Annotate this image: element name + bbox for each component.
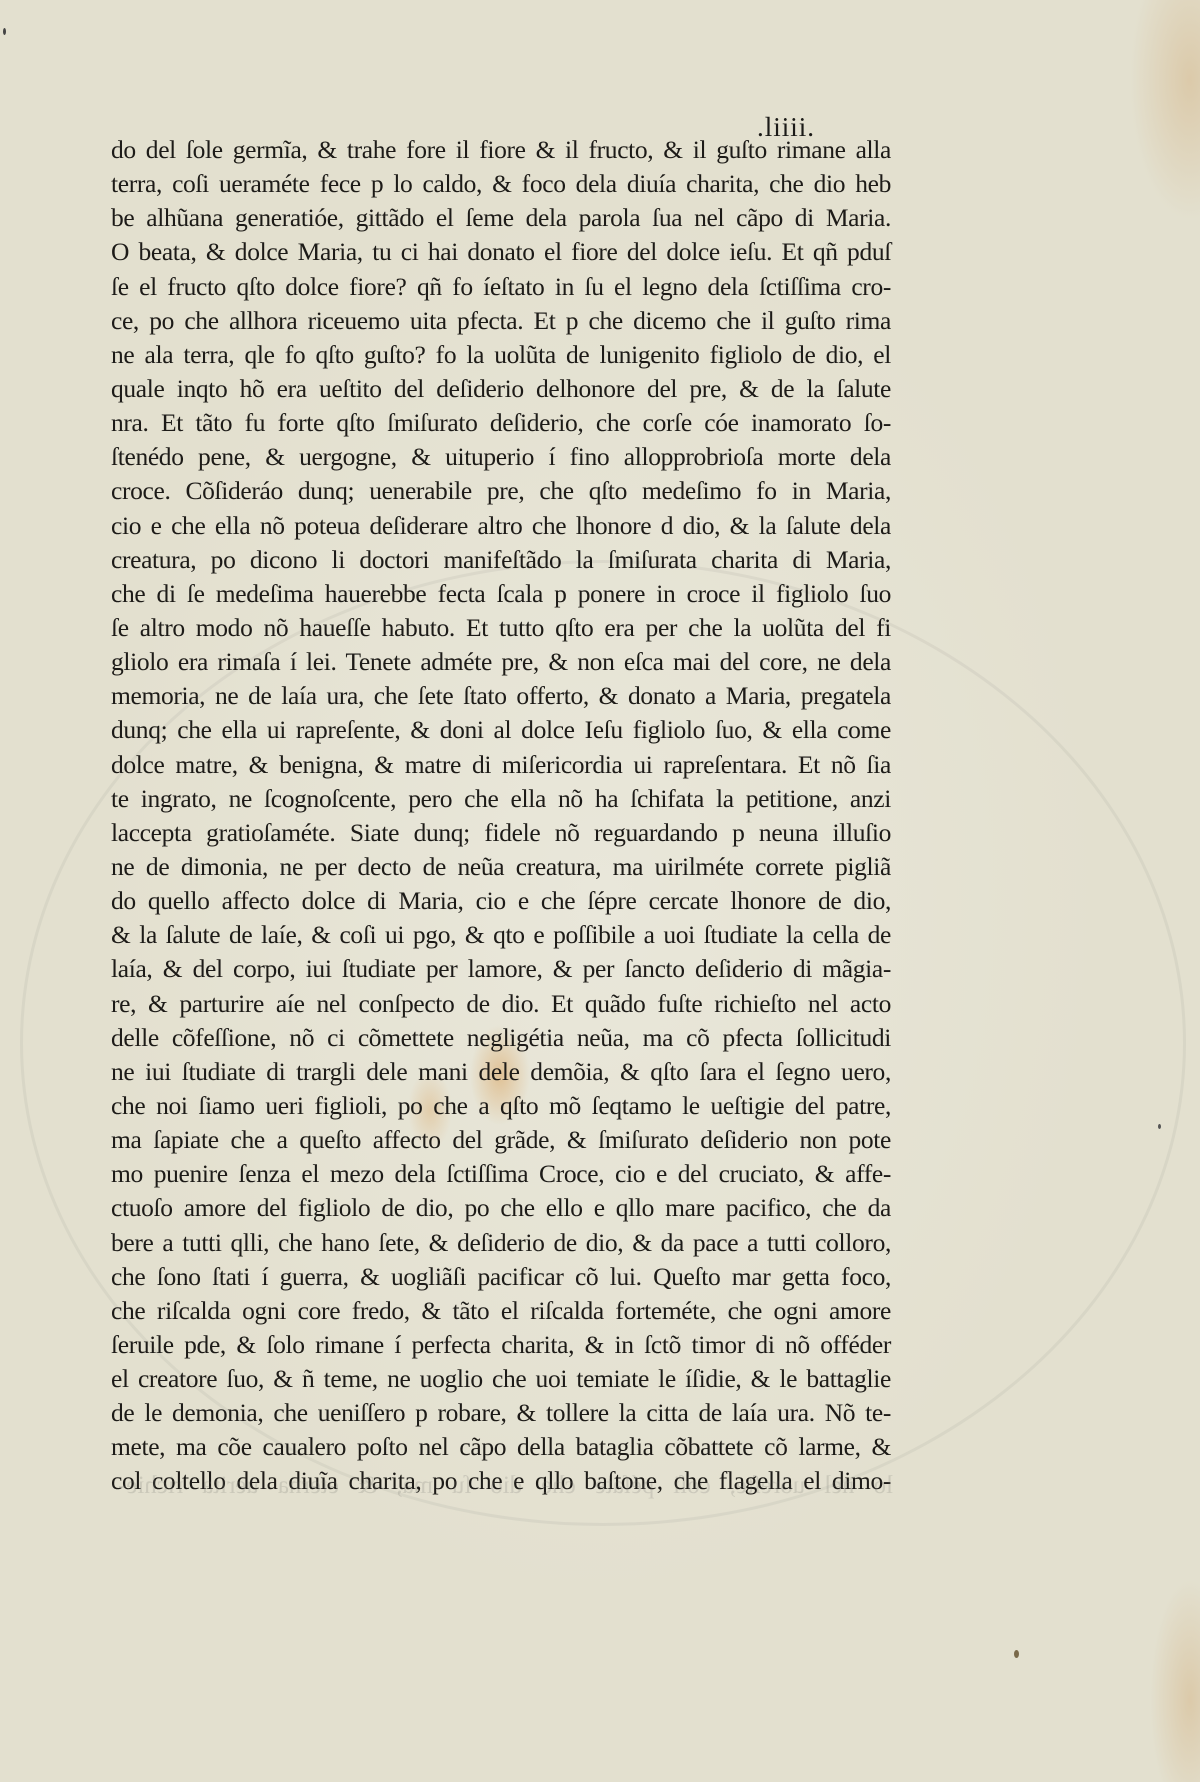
- text-line: de le demonia, che ueniſſero p robare, &…: [111, 1396, 891, 1430]
- text-line: delle cõfeſſione, nõ ci cõmettete neglig…: [111, 1021, 891, 1055]
- text-line: ſeruile pde, & ſolo rimane í perfecta ch…: [111, 1328, 891, 1362]
- text-line: memoria, ne de laía ura, che ſete ſtato …: [111, 679, 891, 713]
- text-line: ne iui ſtudiate di trargli dele mani del…: [111, 1055, 891, 1089]
- text-line: mete, ma cõe caualero poſto nel cãpo del…: [111, 1430, 891, 1464]
- text-line: ſe altro modo nõ haueſſe habuto. Et tutt…: [111, 611, 891, 645]
- text-line: ſe el fructo qſto dolce fiore? qñ fo íeſ…: [111, 270, 891, 304]
- text-line: ce, po che allhora riceuemo uita pfecta.…: [111, 304, 891, 338]
- text-line: dunq; che ella ui rapreſente, & doni al …: [111, 713, 891, 747]
- text-line: O beata, & dolce Maria, tu ci hai donato…: [111, 235, 891, 269]
- text-line: ſtenédo pene, & uergogne, & uituperio í …: [111, 440, 891, 474]
- ink-speck: [3, 28, 6, 35]
- text-line: dolce matre, & benigna, & matre di miſer…: [111, 748, 891, 782]
- text-line: che riſcalda ogni core fredo, & tãto el …: [111, 1294, 891, 1328]
- text-line: te ingrato, ne ſcognoſcente, pero che el…: [111, 782, 891, 816]
- text-line: ne de dimonia, ne per decto de neũa crea…: [111, 850, 891, 884]
- text-line: croce. Cõſideráo dunq; uenerabile pre, c…: [111, 474, 891, 508]
- text-line: be alhũana generatióe, gittãdo el ſeme d…: [111, 201, 891, 235]
- text-line: terra, coſi ueraméte fece p lo caldo, & …: [111, 167, 891, 201]
- text-line: gliolo era rimaſa í lei. Tenete adméte p…: [111, 645, 891, 679]
- text-line: bere a tutti qlli, che hano ſete, & deſi…: [111, 1226, 891, 1260]
- text-line: el creatore ſuo, & ñ teme, ne uoglio che…: [111, 1362, 891, 1396]
- text-line: ma ſapiate che a queſto affecto del grãd…: [111, 1123, 891, 1157]
- text-line: quale inqto hõ era ueſtito del deſiderio…: [111, 372, 891, 406]
- text-line: laccepta gratioſaméte. Siate dunq; fidel…: [111, 816, 891, 850]
- text-line: che di ſe medeſima hauerebbe fecta ſcala…: [111, 577, 891, 611]
- text-line: che ſono ſtati í guerra, & uogliãſi paci…: [111, 1260, 891, 1294]
- text-line: mo puenire ſenza el mezo dela ſctiſſima …: [111, 1157, 891, 1191]
- text-line: nra. Et tãto fu forte qſto ſmiſurato deſ…: [111, 406, 891, 440]
- text-line: ne ala terra, qle fo qſto guſto? fo la u…: [111, 338, 891, 372]
- ink-speck: [1158, 1124, 1161, 1129]
- text-line: ctuoſo amore del figliolo de dio, po che…: [111, 1191, 891, 1225]
- text-line: laía, & del corpo, iui ſtudiate per lamo…: [111, 952, 891, 986]
- book-page: .liiii. do del ſole germĩa, & trahe fore…: [0, 0, 1200, 1782]
- text-line: & la ſalute de laíe, & coſi ui pgo, & qt…: [111, 918, 891, 952]
- body-text: do del ſole germĩa, & trahe fore il fior…: [111, 133, 891, 1499]
- text-line: che noi ſiamo ueri figlioli, po che a qſ…: [111, 1089, 891, 1123]
- text-line: do quello affecto dolce di Maria, cio e …: [111, 884, 891, 918]
- text-line: do del ſole germĩa, & trahe fore il fior…: [111, 133, 891, 167]
- text-line: cio e che ella nõ poteua deſiderare altr…: [111, 509, 891, 543]
- show-through-text: lo nel uoreſte, coſi péſate che dio ſu m…: [118, 1472, 893, 1500]
- text-line: creatura, po dicono li doctori manifeſtã…: [111, 543, 891, 577]
- ink-speck: [1014, 1650, 1019, 1658]
- text-line: re, & parturire aíe nel conſpecto de dio…: [111, 987, 891, 1021]
